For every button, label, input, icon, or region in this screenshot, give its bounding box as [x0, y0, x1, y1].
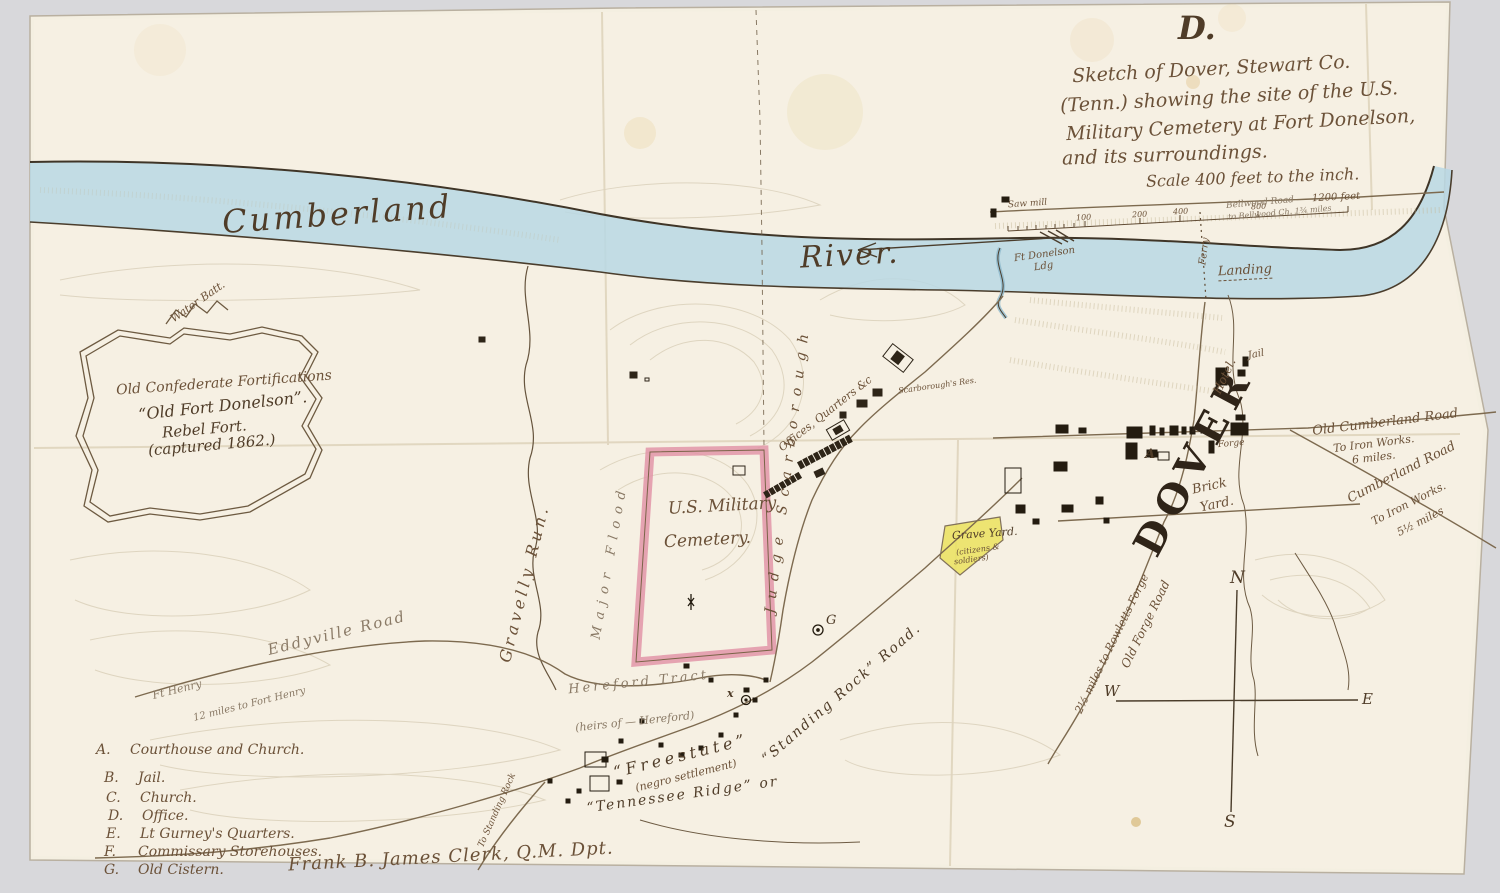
- legend-key-g: G.: [104, 862, 138, 878]
- compass-s: S: [1224, 814, 1236, 832]
- scale-tick-200: 200: [1132, 211, 1148, 220]
- scale-tick-100: 100: [1076, 214, 1092, 223]
- legend-item-b: B.Jail.: [104, 770, 165, 786]
- cistern-marker-g: G: [826, 614, 836, 628]
- river-name-right: River.: [799, 237, 900, 274]
- sheet-letter: D.: [1178, 12, 1216, 46]
- legend-key-c: C.: [106, 790, 140, 806]
- legend-label-b: Jail.: [138, 770, 165, 786]
- courthouse-marker-a: A: [1145, 448, 1155, 462]
- legend-key-f: F.: [104, 844, 138, 860]
- compass-e: E: [1362, 692, 1373, 708]
- legend-label-g: Old Cistern.: [138, 862, 224, 878]
- cross-marker-x: x: [727, 688, 734, 700]
- legend-item-a: A.Courthouse and Church.: [96, 742, 304, 758]
- landing-label: Landing: [1218, 263, 1273, 281]
- legend-label-c: Church.: [140, 790, 197, 806]
- legend-item-c: C.Church.: [106, 790, 197, 806]
- compass-n: N: [1230, 570, 1245, 588]
- legend-key-d: D.: [108, 808, 142, 824]
- legend-label-a: Courthouse and Church.: [130, 742, 304, 758]
- legend-item-e: E.Lt Gurney's Quarters.: [106, 826, 295, 842]
- legend-label-d: Office.: [142, 808, 188, 824]
- legend-item-g: G.Old Cistern.: [104, 862, 224, 878]
- scale-tick-400: 400: [1173, 208, 1189, 217]
- legend-label-e: Lt Gurney's Quarters.: [140, 826, 295, 842]
- legend-key-b: B.: [104, 770, 138, 786]
- legend-key-e: E.: [106, 826, 140, 842]
- map-sheet: D. Sketch of Dover, Stewart Co. (Tenn.) …: [0, 0, 1500, 893]
- compass-w: W: [1104, 684, 1119, 700]
- legend-item-d: D.Office.: [108, 808, 188, 824]
- legend-key-a: A.: [96, 742, 130, 758]
